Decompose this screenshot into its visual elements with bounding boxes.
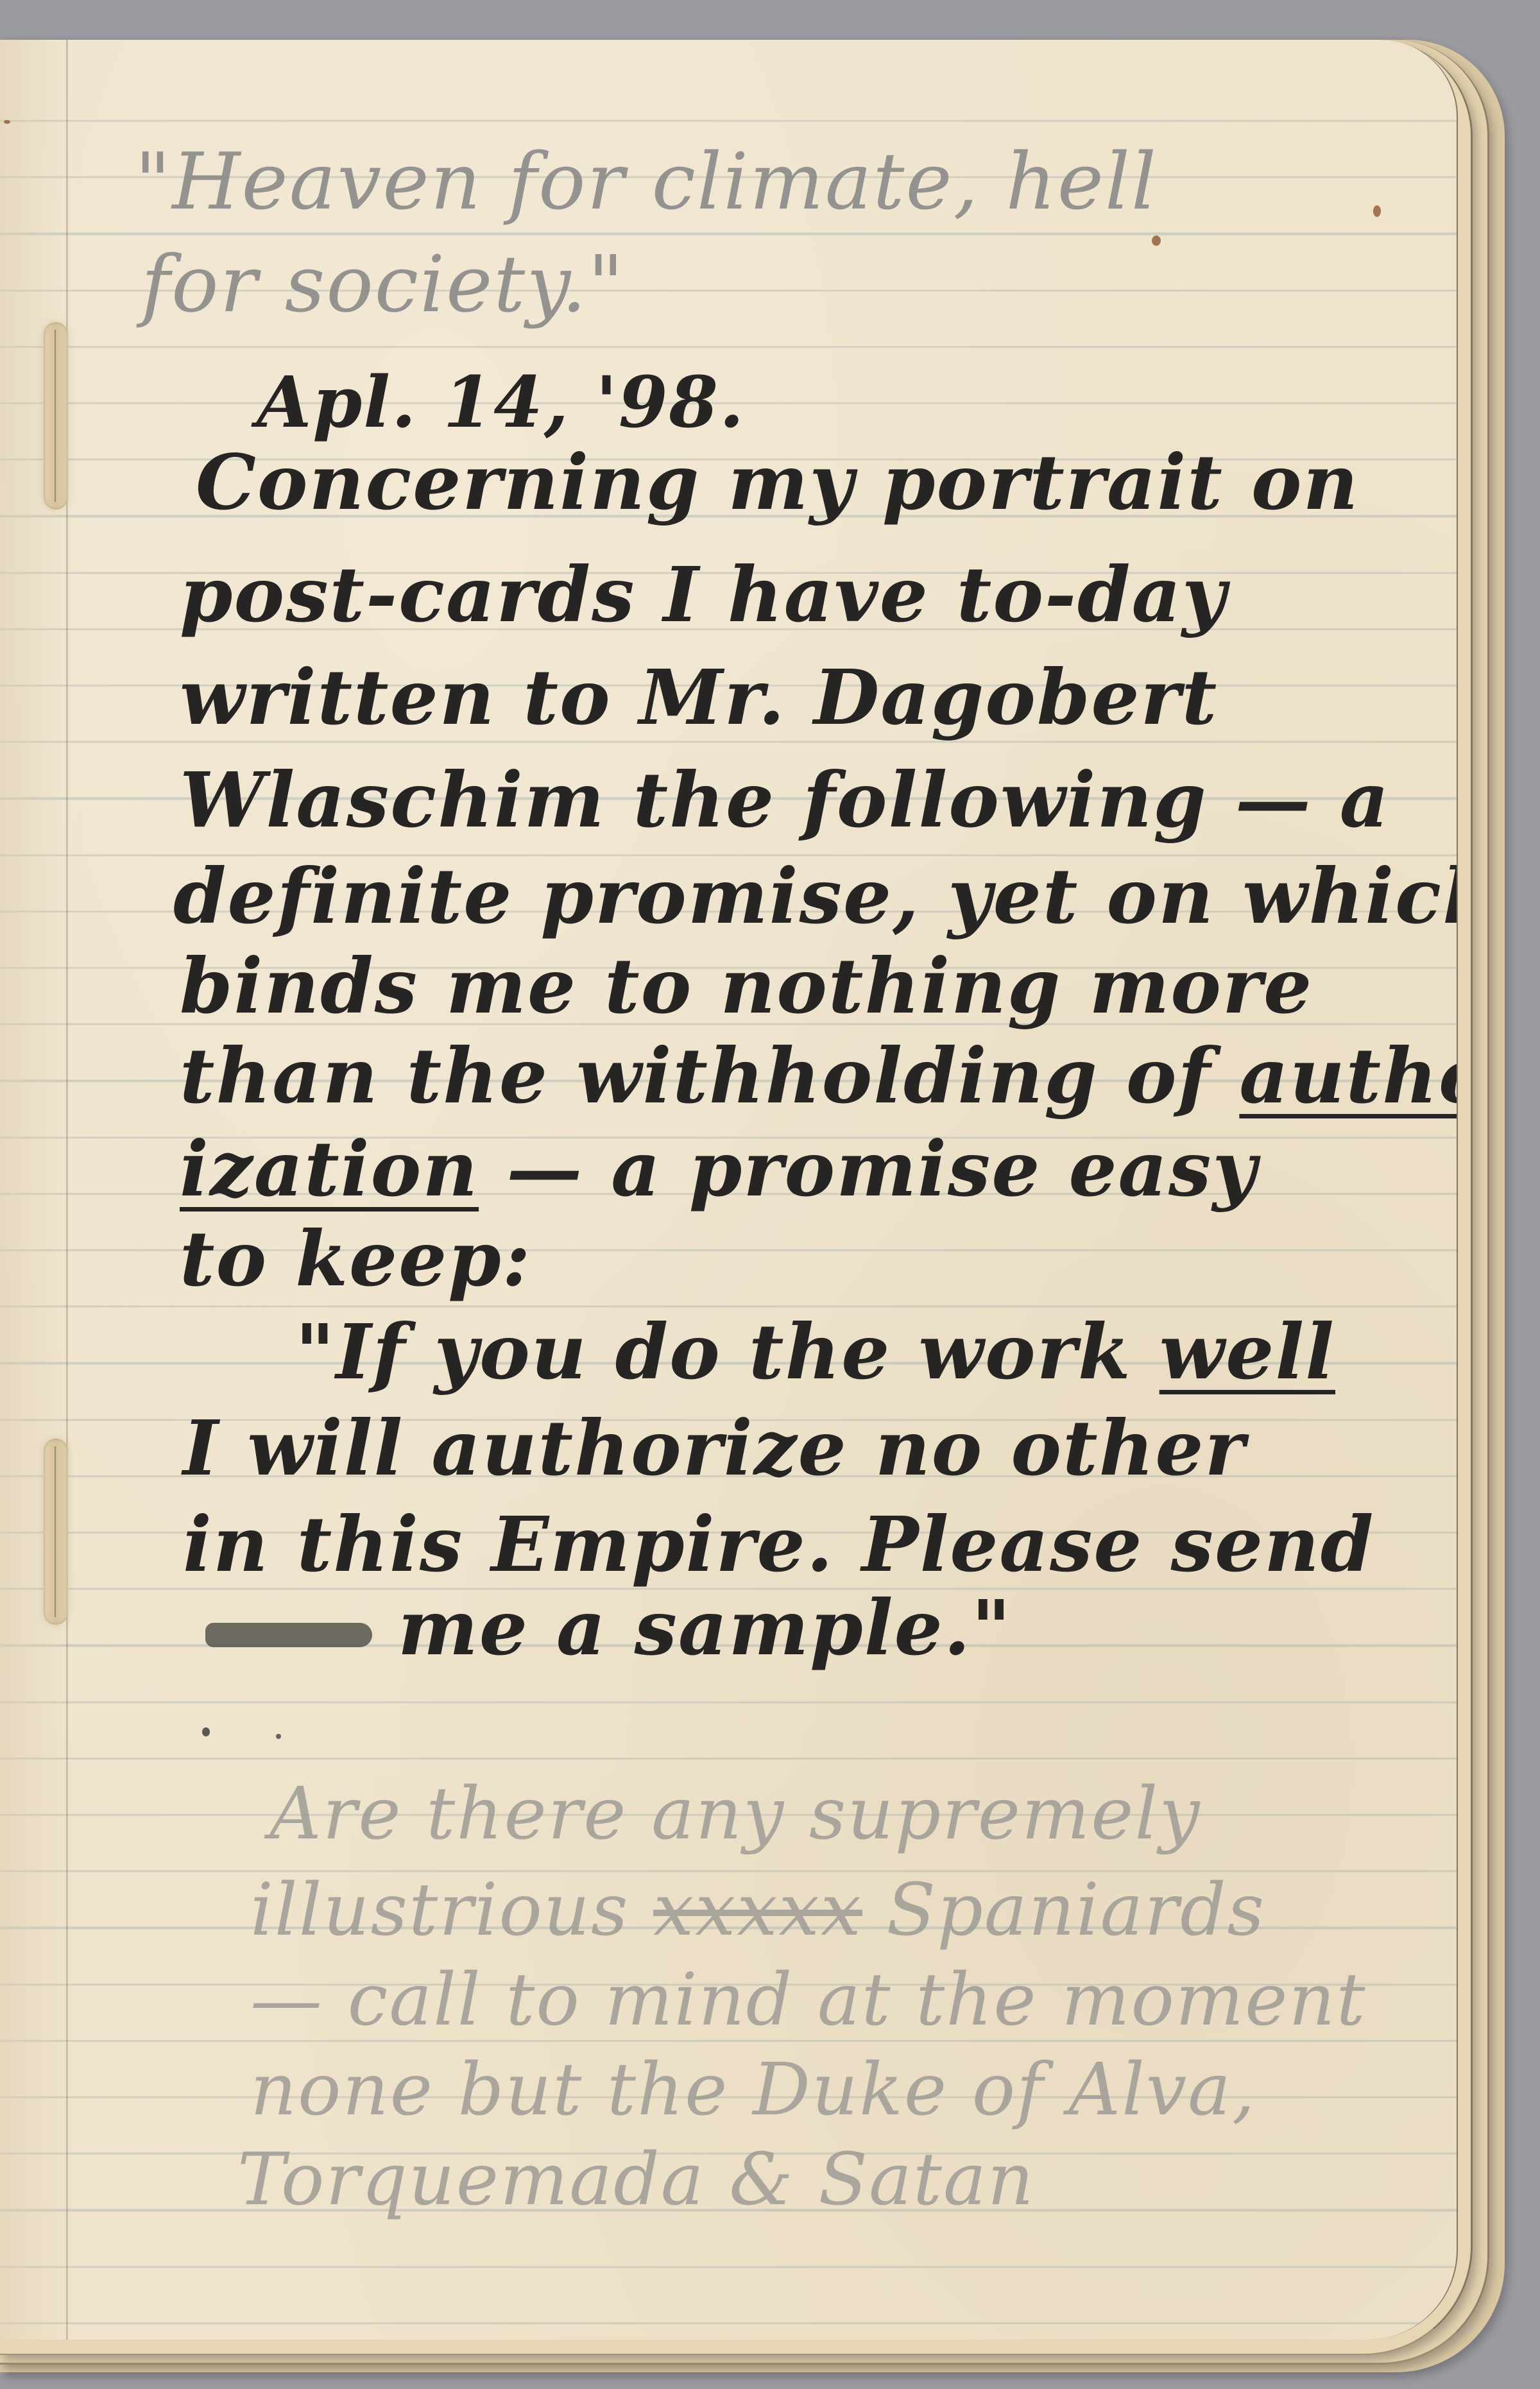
pencil-footer-text: Spaniards (862, 1869, 1265, 1952)
struck-word: xxxxx (653, 1869, 862, 1952)
entry-line: Wlaschim the following — a (180, 755, 1390, 844)
entry-line: definite promise, yet on which (173, 852, 1458, 941)
entry-line: than the withholding of author- (180, 1031, 1458, 1120)
foxing-spot (1152, 235, 1161, 246)
ink-dot (276, 1734, 281, 1739)
entry-line: to keep: (180, 1214, 531, 1303)
quote-line: "If you do the work well (295, 1307, 1335, 1396)
binding-stitch-icon (44, 322, 68, 509)
binding-stitch-icon (44, 1439, 68, 1625)
ink-dot (202, 1727, 210, 1736)
quote-line: me a sample." (205, 1583, 1012, 1672)
pencil-footer-line: none but the Duke of Alva, (250, 2048, 1256, 2132)
quote-line-text: "If you do the work (295, 1307, 1159, 1396)
foxing-spot (1373, 205, 1381, 217)
underlined-word: author- (1239, 1031, 1458, 1120)
entry-line-text: than the withholding of (180, 1031, 1239, 1120)
foxing-spot (4, 120, 10, 124)
entry-line: written to Mr. Dagobert (180, 653, 1218, 742)
underlined-word: ization (180, 1124, 479, 1213)
entry-line: post-cards I have to-day (180, 550, 1228, 639)
pencil-header-line: "Heaven for climate, hell (135, 136, 1158, 227)
ink-blot-icon (205, 1623, 372, 1647)
quote-line-text: me a sample." (398, 1583, 1012, 1672)
entry-line: Concerning my portrait on (196, 438, 1359, 527)
pencil-header-line: for society." (141, 239, 625, 330)
pencil-footer-line: Are there any supremely (269, 1772, 1201, 1856)
underlined-word: well (1159, 1307, 1335, 1396)
entry-line: ization — a promise easy (180, 1124, 1258, 1213)
entry-line: binds me to nothing more (180, 941, 1313, 1031)
entry-line-text: — a promise easy (479, 1124, 1258, 1213)
pencil-footer-line: — call to mind at the moment (250, 1958, 1367, 2042)
pencil-footer-line: illustrious xxxxx Spaniards (250, 1869, 1265, 1952)
quote-line: in this Empire. Please send (183, 1500, 1374, 1589)
quote-line: I will authorize no other (183, 1403, 1246, 1493)
notebook-page: "Heaven for climate, hell for society." … (0, 40, 1458, 2340)
pencil-footer-text: illustrious (250, 1869, 653, 1952)
entry-date: Apl. 14, '98. (257, 361, 745, 443)
pencil-footer-line: Torquemada & Satan (237, 2138, 1035, 2222)
